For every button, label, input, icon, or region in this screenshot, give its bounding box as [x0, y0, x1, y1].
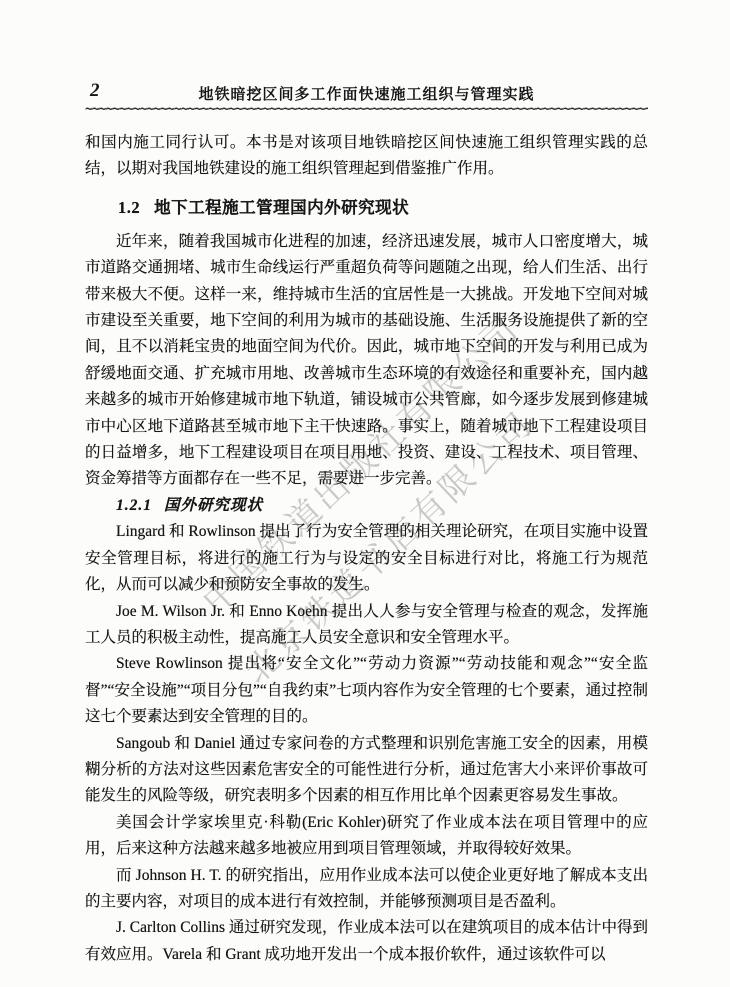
section-heading: 1.2地下工程施工管理国内外研究现状 [85, 195, 648, 221]
running-title: 地铁暗挖区间多工作面快速施工组织与管理实践 [85, 80, 648, 104]
paragraph-kohler: 美国会计学家埃里克·科勒(Eric Kohler)研究了作业成本法在项目管理中的… [85, 810, 648, 863]
paragraph-sangoub-daniel: Sangoub 和 Daniel 通过专家问卷的方式整理和识别危害施工安全的因素… [85, 731, 648, 810]
subsection-number: 1.2.1 [116, 497, 152, 514]
paragraph-johnson: 而 Johnson H. T. 的研究指出，应用作业成本法可以使企业更好地了解成… [85, 863, 648, 916]
header-ornament-rule: ~~~~~~~~~~~~~~~~~~~~~~~~~~~~~~~~~~~~~~~~… [85, 103, 648, 117]
page-header: 2 地铁暗挖区间多工作面快速施工组织与管理实践 [85, 80, 648, 102]
paragraph-rowlinson: Steve Rowlinson 提出将“安全文化”“劳动力资源”“劳动技能和观念… [85, 651, 648, 730]
paragraph-intro: 近年来，随着我国城市化进程的加速，经济迅速发展，城市人口密度增大，城市道路交通拥… [85, 229, 648, 493]
section-title: 地下工程施工管理国内外研究现状 [154, 199, 409, 217]
paragraph-wilson-koehn: Joe M. Wilson Jr. 和 Enno Koehn 提出人人参与安全管… [85, 599, 648, 652]
paragraph-continued: 和国内施工同行认可。本书是对该项目地铁暗挖区间快速施工组织管理实践的总结，以期对… [85, 130, 648, 183]
subsection-heading: 1.2.1国外研究现状 [85, 493, 648, 519]
page-content: 和国内施工同行认可。本书是对该项目地铁暗挖区间快速施工组织管理实践的总结，以期对… [85, 130, 648, 968]
section-number: 1.2 [118, 198, 140, 217]
paragraph-collins: J. Carlton Collins 通过研究发现，作业成本法可以在建筑项目的成… [85, 915, 648, 968]
book-page: 中国铁道出版社有限公司 北京铁道书店有限公司 2 地铁暗挖区间多工作面快速施工组… [0, 0, 730, 987]
paragraph-lingard: Lingard 和 Rowlinson 提出了行为安全管理的相关理论研究，在项目… [85, 519, 648, 598]
page-number: 2 [90, 80, 100, 102]
subsection-title: 国外研究现状 [164, 497, 263, 514]
